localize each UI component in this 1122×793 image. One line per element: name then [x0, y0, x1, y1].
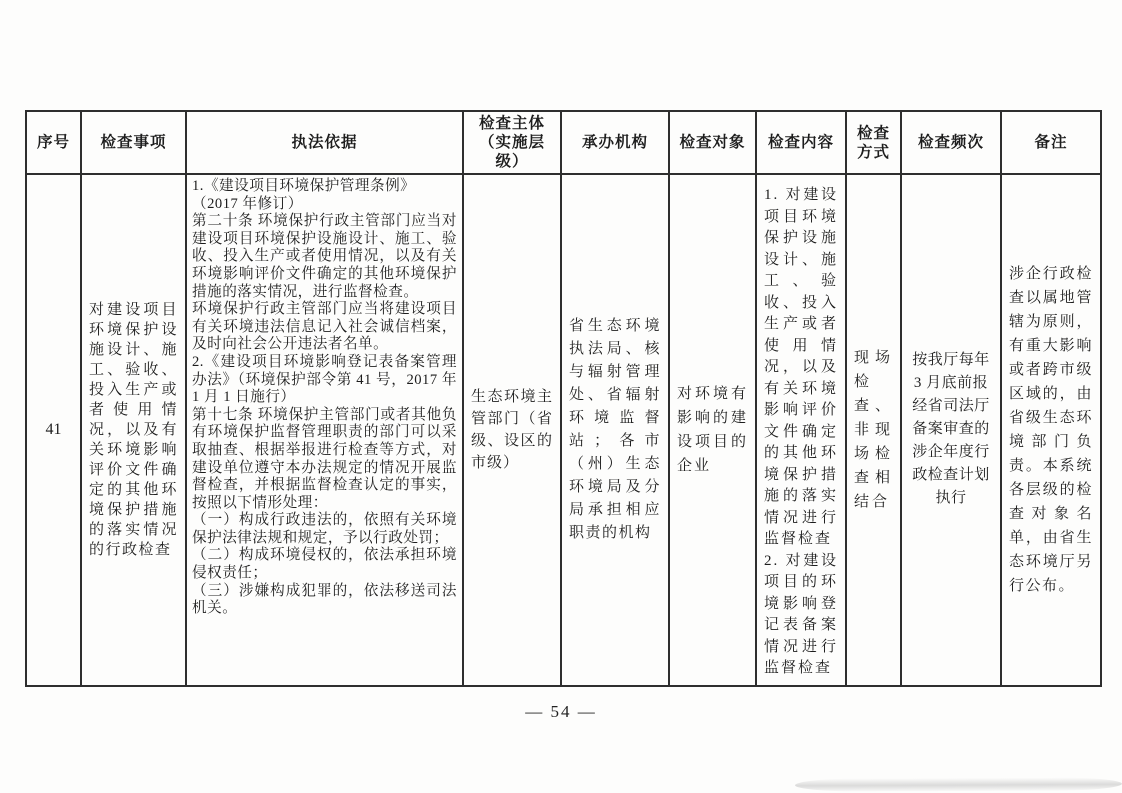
header-undertaking-agency: 承办机构: [561, 111, 669, 174]
document-page: 序号 检查事项 执法依据 检查主体（实施层级） 承办机构 检查对象 检查内容 检…: [0, 0, 1122, 793]
cell-remarks: 涉企行政检查以属地管辖为原则，有重大影响或者跨市级区域的，由省级生态环境部门负责…: [1001, 174, 1101, 686]
cell-inspection-frequency: 按我厅每年 3 月底前报经省司法厅备案审查的涉企年度行政检查计划执行: [901, 174, 1001, 686]
header-inspection-content: 检查内容: [756, 111, 846, 174]
table-header-row: 序号 检查事项 执法依据 检查主体（实施层级） 承办机构 检查对象 检查内容 检…: [26, 111, 1101, 174]
table-row: 41 对建设项目环境保护设施设计、施工、验收、投入生产或者使用情况，以及有关环境…: [26, 174, 1101, 686]
header-inspection-frequency: 检查频次: [901, 111, 1001, 174]
cell-seq: 41: [26, 174, 81, 686]
cell-inspection-item: 对建设项目环境保护设施设计、施工、验收、投入生产或者使用情况，以及有关环境影响评…: [81, 174, 186, 686]
cell-undertaking-agency: 省生态环境执法局、核与辐射管理处、省辐射环境监督站；各市（州）生态环境局及分局承…: [561, 174, 669, 686]
cell-inspection-method: 现场检查、非现场检查相结合: [846, 174, 901, 686]
header-inspection-method: 检查方式: [846, 111, 901, 174]
header-legal-basis: 执法依据: [186, 111, 463, 174]
header-inspection-target: 检查对象: [669, 111, 756, 174]
page-number: — 54 —: [0, 702, 1122, 722]
header-remarks: 备注: [1001, 111, 1101, 174]
cell-inspection-subject: 生态环境主管部门（省级、设区的市级）: [463, 174, 561, 686]
inspection-matrix-table: 序号 检查事项 执法依据 检查主体（实施层级） 承办机构 检查对象 检查内容 检…: [25, 110, 1102, 687]
scan-artifact-bar: [795, 777, 1122, 791]
header-inspection-subject: 检查主体（实施层级）: [463, 111, 561, 174]
header-inspection-item: 检查事项: [81, 111, 186, 174]
cell-inspection-target: 对环境有影响的建设项目的企业: [669, 174, 756, 686]
header-seq: 序号: [26, 111, 81, 174]
cell-legal-basis: 1.《建设项目环境保护管理条例》 （2017 年修订） 第二十条 环境保护行政主…: [186, 174, 463, 686]
cell-inspection-content: 1. 对建设项目环境保护设施设计、施工、验收、投入生产或者使用情况，以及有关环境…: [756, 174, 846, 686]
